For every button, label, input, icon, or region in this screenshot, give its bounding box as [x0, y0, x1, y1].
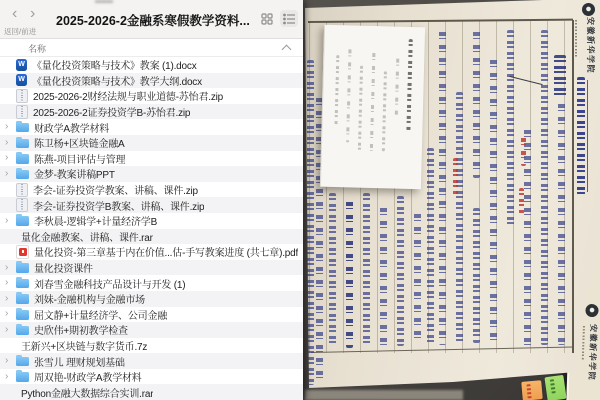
- file-row[interactable]: 2025-2026-2证券投资学B-苏怡君.zip: [0, 104, 303, 120]
- zip-icon: [16, 198, 28, 212]
- file-row[interactable]: ›屈文静+计量经济学、公司金融: [0, 307, 303, 323]
- university-crest-icon: [582, 3, 595, 16]
- printed-text-line: [358, 66, 363, 151]
- file-row[interactable]: ›史欣伟+期初教学检查: [0, 322, 303, 338]
- file-name: 2025-2026-2证券投资学B-苏怡君.zip: [33, 104, 190, 119]
- list-view-button[interactable]: [280, 10, 298, 27]
- file-row[interactable]: 王新兴+区块链与数字货币.7z: [0, 338, 303, 354]
- handwriting-column: [507, 30, 514, 228]
- handwriting-column: [473, 208, 480, 343]
- file-name: 李会-证券投资学教案、讲稿、课件.zip: [33, 182, 198, 197]
- file-name: 《量化投资策略与技术》教案 (1).docx: [32, 57, 197, 72]
- file-row[interactable]: ›金梦-教案讲稿PPT: [0, 166, 303, 182]
- file-row[interactable]: W《量化投资策略与技术》教案 (1).docx: [0, 57, 303, 73]
- handwriting-column: [414, 212, 421, 344]
- word-icon: W: [16, 74, 27, 86]
- disclosure-chevron-icon[interactable]: ›: [5, 372, 16, 382]
- disclosure-chevron-icon[interactable]: ›: [5, 294, 16, 304]
- file-row[interactable]: W《量化投资策略与技术》教学大纲.docx: [0, 73, 303, 89]
- file-name: 量化金融教案、讲稿、课件.rar: [21, 229, 153, 244]
- zip-icon: [16, 183, 28, 197]
- handwriting-column: [490, 58, 497, 345]
- handwriting-column: [427, 148, 434, 346]
- file-name: 2025-2026-2财经法规与职业道德-苏怡君.zip: [33, 88, 223, 103]
- window-title: 2025-2026-2金融系寒假教学资料...: [56, 11, 250, 29]
- disclosure-chevron-icon[interactable]: ›: [5, 325, 16, 335]
- word-icon: W: [16, 59, 27, 71]
- file-name: 刘妹-金融机构与金融市场: [34, 291, 145, 306]
- folder-icon: [16, 170, 29, 180]
- desk-paper-edge: [305, 390, 463, 400]
- file-row[interactable]: 2025-2026-2财经法规与职业道德-苏怡君.zip: [0, 88, 303, 104]
- sort-chevron-icon[interactable]: [282, 45, 292, 55]
- red-correction-mark: [521, 136, 526, 166]
- file-name: 王新兴+区块链与数字货币.7z: [21, 338, 147, 353]
- file-name: 周双艳-财政学A教学材料: [34, 369, 142, 384]
- handwriting-column: [456, 92, 463, 345]
- handwriting-column: [473, 30, 480, 178]
- finder-toolbar: ‹ › 返回/前进 2025-2026-2金融系寒假教学资料...: [0, 0, 303, 39]
- folder-icon: [16, 310, 29, 320]
- disclosure-chevron-icon[interactable]: ›: [5, 309, 16, 319]
- header-separator-line: [572, 20, 574, 353]
- file-name: 李会-证券投资学B教案、讲稿、课件.zip: [33, 198, 204, 213]
- printed-outline-sheet: [320, 25, 425, 190]
- sticky-tab-green[interactable]: [544, 375, 566, 400]
- university-letterhead: 安徽新华学院: [585, 17, 596, 74]
- heading-underline: [587, 80, 588, 192]
- zip-icon: [16, 105, 28, 119]
- file-row[interactable]: ›财政学A教学材料: [0, 119, 303, 135]
- printed-text-line: [335, 55, 340, 125]
- letterhead-subtitle-line: [575, 20, 577, 58]
- file-name: 财政学A教学材料: [34, 120, 109, 135]
- handwritten-notes-photo: 安徽新华学院 安徽新华学院: [303, 0, 600, 400]
- notes-page-1: 安徽新华学院: [303, 0, 600, 400]
- folder-icon: [16, 263, 29, 273]
- folder-icon: [16, 279, 29, 289]
- file-row[interactable]: 李会-证券投资学B教案、讲稿、课件.zip: [0, 197, 303, 213]
- file-row[interactable]: ›周双艳-财政学A教学材料: [0, 369, 303, 385]
- printed-text-line: [346, 47, 351, 142]
- handwriting-column: [439, 30, 446, 345]
- disclosure-chevron-icon[interactable]: ›: [5, 356, 16, 366]
- disclosure-chevron-icon[interactable]: ›: [5, 278, 16, 288]
- folder-icon: [16, 216, 29, 226]
- printed-text-line: [370, 51, 376, 151]
- disclosure-chevron-icon[interactable]: ›: [5, 153, 16, 163]
- file-row[interactable]: ›量化投资课件: [0, 260, 303, 276]
- university-crest-icon: [585, 304, 598, 317]
- file-name: 屈文静+计量经济学、公司金融: [34, 307, 167, 322]
- handwriting-column: [346, 200, 353, 348]
- handwriting-column: [558, 102, 565, 345]
- file-name: 史欣伟+期初教学检查: [34, 322, 128, 337]
- letterhead-subtitle-line: [582, 326, 585, 360]
- folder-icon: [16, 372, 29, 382]
- file-row[interactable]: Python金融大数据综合实训.rar: [0, 384, 303, 400]
- sticky-tab-orange[interactable]: [521, 380, 543, 400]
- file-list: W《量化投资策略与技术》教案 (1).docxW《量化投资策略与技术》教学大纲.…: [0, 57, 303, 400]
- back-button[interactable]: ‹: [12, 5, 17, 23]
- column-header-row: 名称: [0, 39, 303, 57]
- handwriting-callout: [554, 55, 566, 97]
- file-name: 张雪儿 理财规划基础: [34, 354, 125, 369]
- grid-view-button[interactable]: [258, 10, 276, 27]
- red-correction-mark: [519, 188, 524, 214]
- disclosure-chevron-icon[interactable]: ›: [5, 138, 16, 148]
- file-name: 陈卫杨+区块链金融A: [34, 135, 125, 150]
- name-column-header[interactable]: 名称: [28, 42, 46, 55]
- list-view-icon: [283, 13, 296, 25]
- file-row[interactable]: 李会-证券投资学教案、讲稿、课件.zip: [0, 182, 303, 198]
- forward-button[interactable]: ›: [30, 5, 35, 23]
- folder-icon: [16, 294, 29, 304]
- file-row[interactable]: ›陈燕-项目评估与管理: [0, 151, 303, 167]
- folder-icon: [16, 357, 29, 367]
- red-correction-mark: [453, 158, 458, 196]
- disclosure-chevron-icon[interactable]: ›: [5, 122, 16, 132]
- file-row[interactable]: ›李秋晨-逻辑学+计量经济学B: [0, 213, 303, 229]
- file-name: 《量化投资策略与技术》教学大纲.docx: [32, 73, 202, 88]
- file-name: Python金融大数据综合实训.rar: [21, 385, 153, 400]
- finder-window: ‹ › 返回/前进 2025-2026-2金融系寒假教学资料...: [0, 0, 303, 400]
- handwriting-column: [363, 193, 370, 345]
- window-edge-smudge: [95, 0, 113, 3]
- tab-handwriting-mark: [526, 384, 531, 398]
- printed-title-line: [406, 39, 412, 131]
- disclosure-chevron-icon[interactable]: ›: [5, 263, 16, 273]
- file-name: 陈燕-项目评估与管理: [34, 151, 125, 166]
- handwriting-column: [541, 30, 548, 345]
- pdf-icon: [16, 245, 29, 259]
- handwriting-column: [329, 193, 336, 345]
- folder-icon: [16, 154, 29, 164]
- disclosure-chevron-icon[interactable]: ›: [5, 169, 16, 179]
- disclosure-chevron-icon[interactable]: ›: [5, 216, 16, 226]
- screenshot: ‹ › 返回/前进 2025-2026-2金融系寒假教学资料...: [0, 0, 600, 400]
- handwriting-column: [397, 196, 404, 346]
- file-row[interactable]: ›陈卫杨+区块链金融A: [0, 135, 303, 151]
- folder-icon: [16, 139, 29, 149]
- printed-text-line: [395, 57, 400, 117]
- grid-view-icon: [261, 13, 273, 25]
- file-row[interactable]: ›张雪儿 理财规划基础: [0, 353, 303, 369]
- folder-icon: [16, 123, 29, 133]
- printed-text-line: [382, 71, 387, 151]
- file-row[interactable]: ›刘春雪金融科技产品设计与开发 (1): [0, 275, 303, 291]
- file-row[interactable]: ›刘妹-金融机构与金融市场: [0, 291, 303, 307]
- university-letterhead: 安徽新华学院: [586, 324, 599, 381]
- file-name: 金梦-教案讲稿PPT: [34, 166, 115, 181]
- handwriting-heading: [577, 77, 585, 195]
- file-name: 量化投资-第三章基于内在价值...估-手写教案进度 (共七章).pdf: [34, 244, 298, 259]
- file-name: 刘春雪金融科技产品设计与开发 (1): [34, 276, 185, 291]
- handwriting-column: [380, 206, 387, 346]
- folder-icon: [16, 326, 29, 336]
- file-row[interactable]: 量化金融教案、讲稿、课件.rar: [0, 229, 303, 245]
- zip-icon: [16, 89, 28, 103]
- file-name: 量化投资课件: [34, 260, 93, 275]
- back-forward-label: 返回/前进: [4, 26, 36, 37]
- handwriting-column: [307, 60, 314, 385]
- tab-handwriting-mark: [550, 379, 556, 393]
- file-row[interactable]: 量化投资-第三章基于内在价值...估-手写教案进度 (共七章).pdf: [0, 244, 303, 260]
- file-name: 李秋晨-逻辑学+计量经济学B: [34, 213, 157, 228]
